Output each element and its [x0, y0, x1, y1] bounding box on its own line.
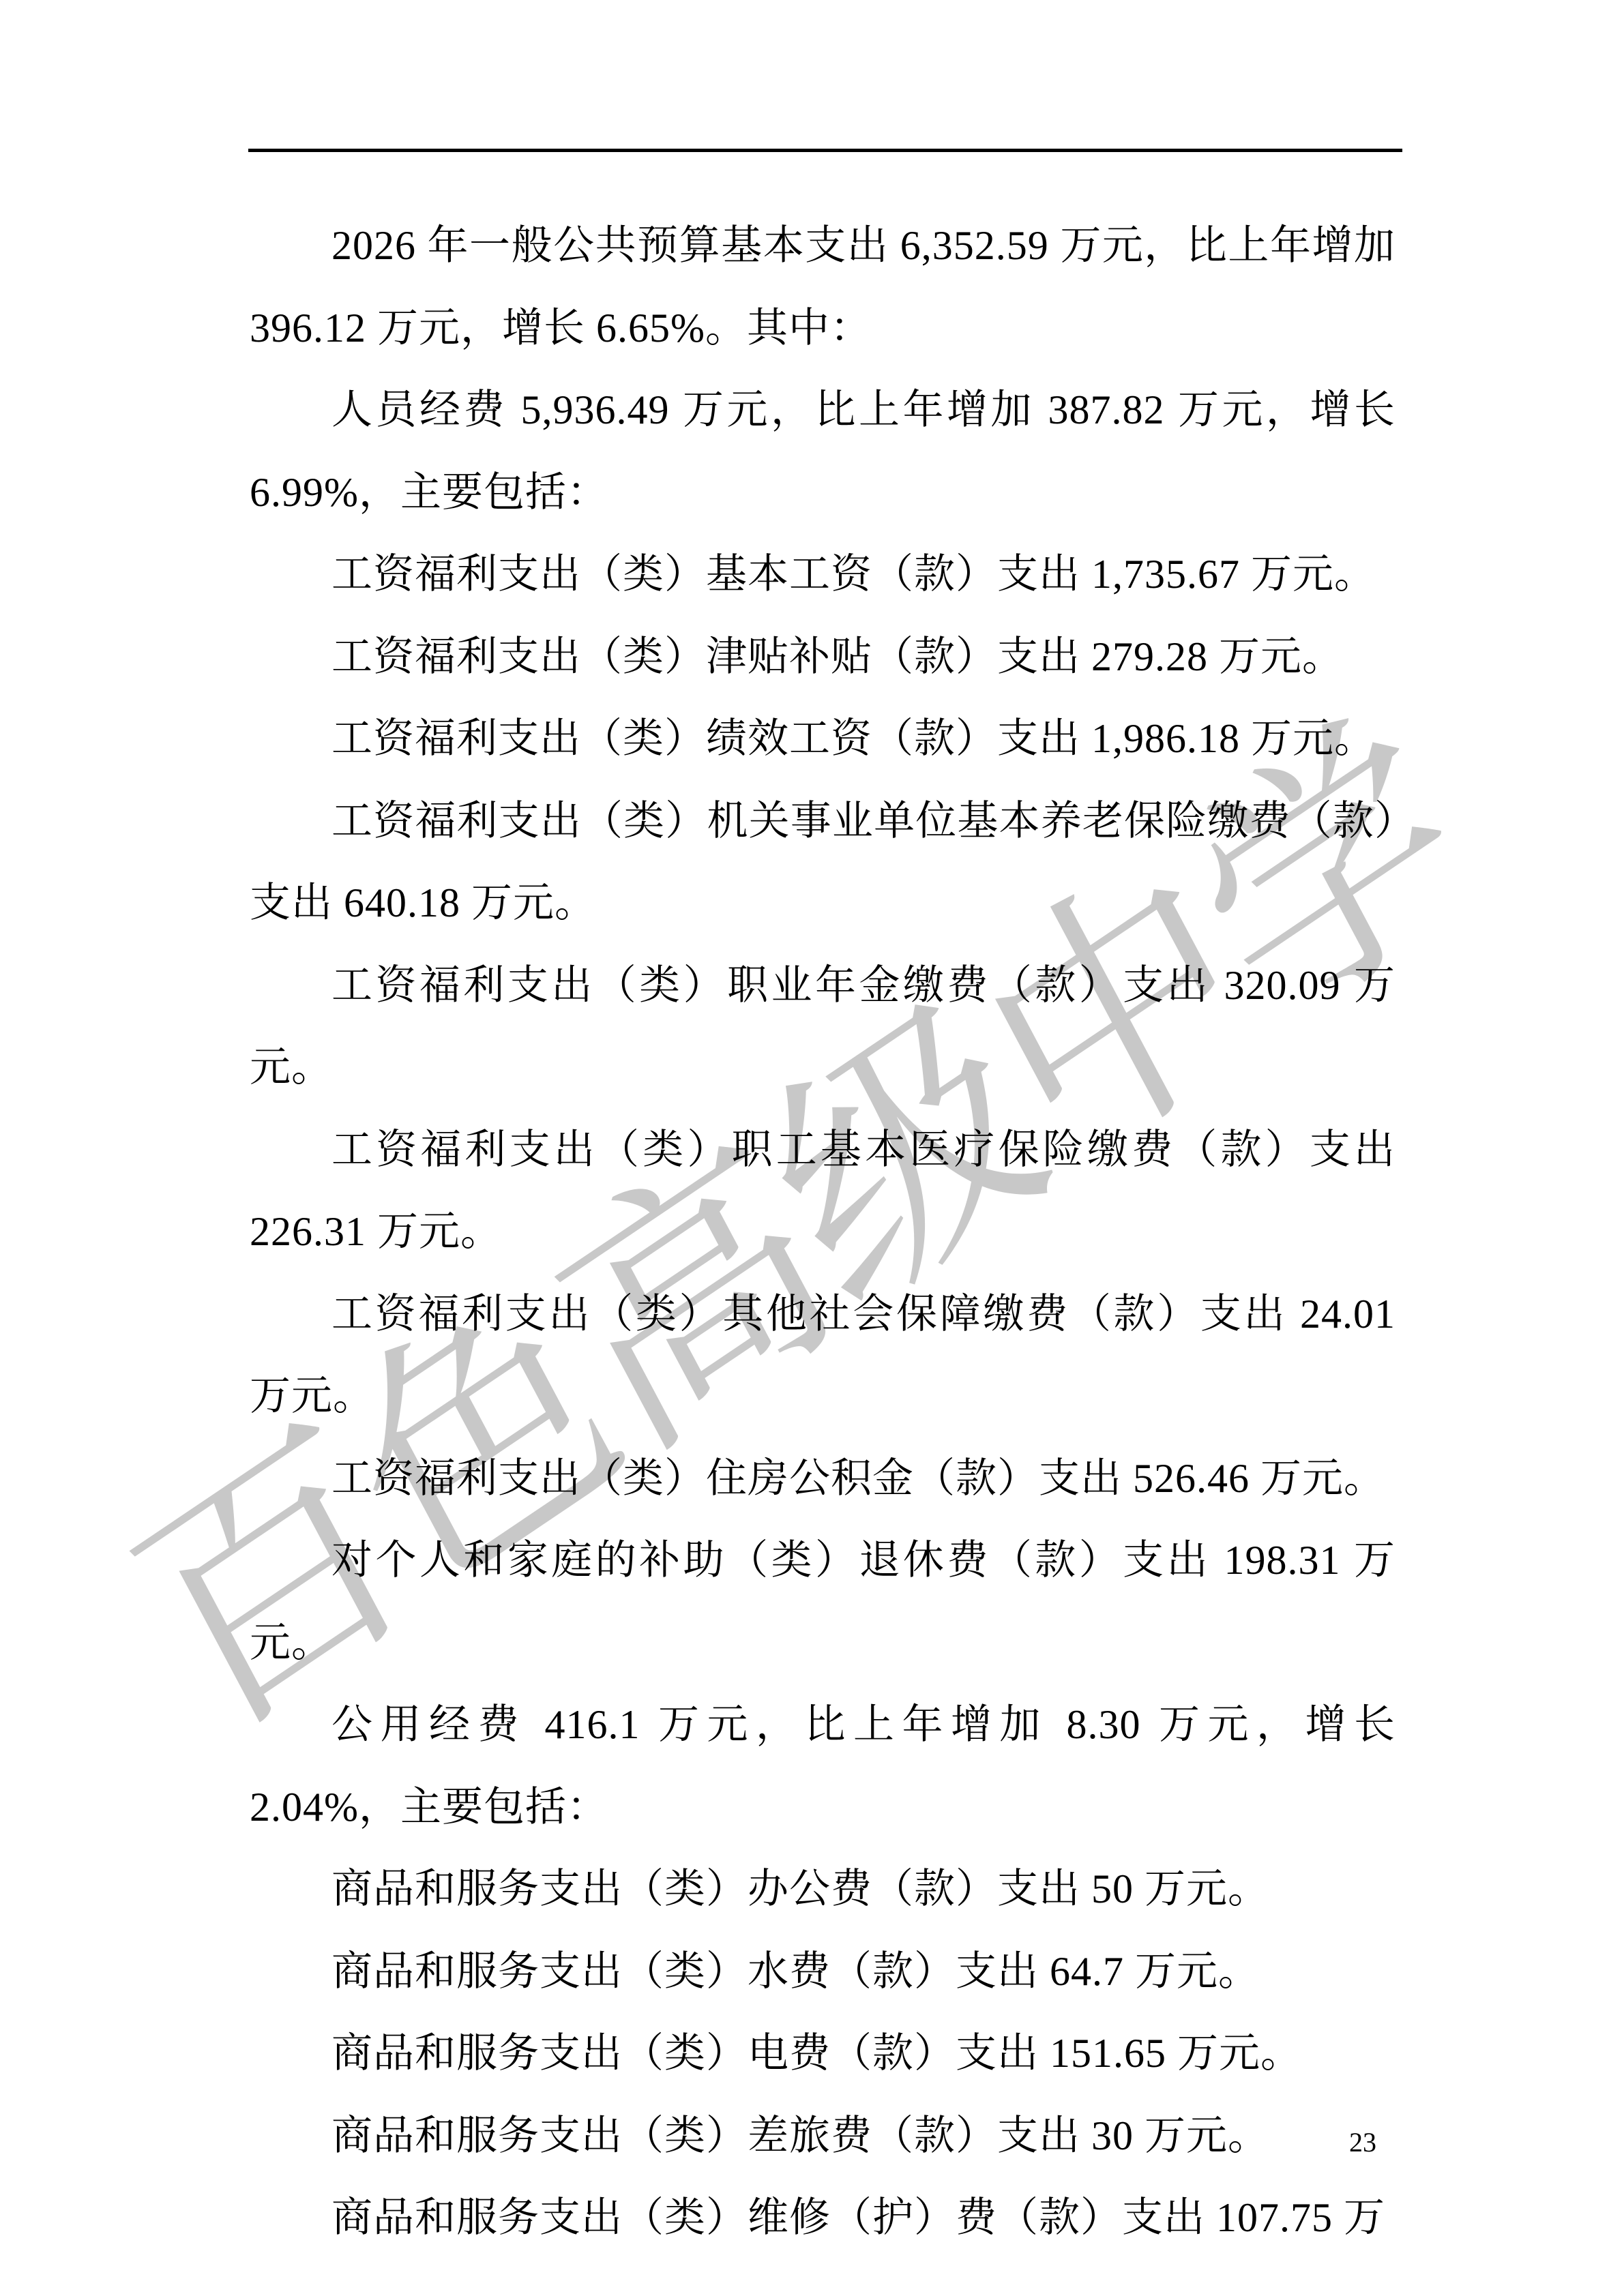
paragraph: 工资福利支出（类）津贴补贴（款）支出 279.28 万元。: [250, 616, 1396, 698]
paragraph: 工资福利支出（类）职工基本医疗保险缴费（款）支出 226.31 万元。: [250, 1109, 1396, 1273]
paragraph: 工资福利支出（类）职业年金缴费（款）支出 320.09 万元。: [250, 944, 1396, 1109]
paragraph: 商品和服务支出（类）维修（护）费（款）支出 107.75 万: [250, 2177, 1396, 2259]
paragraph: 工资福利支出（类）其他社会保障缴费（款）支出 24.01 万元。: [250, 1273, 1396, 1437]
paragraph: 工资福利支出（类）住房公积金（款）支出 526.46 万元。: [250, 1437, 1396, 1520]
header-rule: [248, 149, 1402, 152]
page-number: 23: [1349, 2126, 1376, 2159]
paragraph: 对个人和家庭的补助（类）退休费（款）支出 198.31 万元。: [250, 1519, 1396, 1684]
paragraph: 公用经费 416.1 万元，比上年增加 8.30 万元，增长 2.04%，主要包…: [250, 1684, 1396, 1848]
paragraph: 商品和服务支出（类）电费（款）支出 151.65 万元。: [250, 2012, 1396, 2095]
paragraph: 工资福利支出（类）机关事业单位基本养老保险缴费（款）支出 640.18 万元。: [250, 780, 1396, 944]
document-page: 百色高级中学 2026 年一般公共预算基本支出 6,352.59 万元，比上年增…: [0, 0, 1624, 2296]
paragraph: 商品和服务支出（类）差旅费（款）支出 30 万元。: [250, 2095, 1396, 2177]
paragraph: 人员经费 5,936.49 万元，比上年增加 387.82 万元，增长 6.99…: [250, 369, 1396, 533]
paragraph: 工资福利支出（类）绩效工资（款）支出 1,986.18 万元。: [250, 698, 1396, 780]
paragraph: 2026 年一般公共预算基本支出 6,352.59 万元，比上年增加 396.1…: [250, 205, 1396, 369]
paragraph: 工资福利支出（类）基本工资（款）支出 1,735.67 万元。: [250, 533, 1396, 616]
paragraph: 商品和服务支出（类）水费（款）支出 64.7 万元。: [250, 1930, 1396, 2013]
document-body: 2026 年一般公共预算基本支出 6,352.59 万元，比上年增加 396.1…: [250, 205, 1396, 2259]
paragraph: 商品和服务支出（类）办公费（款）支出 50 万元。: [250, 1848, 1396, 1930]
